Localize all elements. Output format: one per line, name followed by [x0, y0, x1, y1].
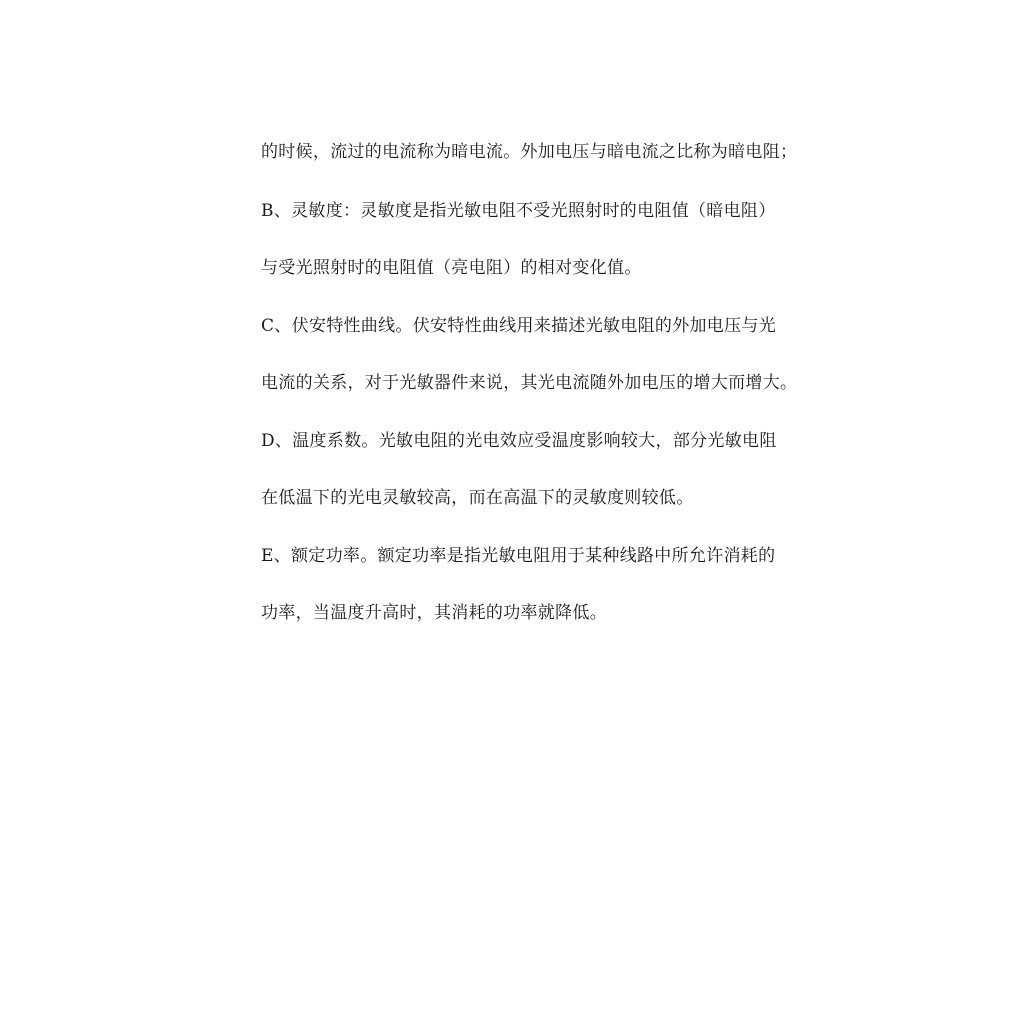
text-line: 功率，当温度升高时，其消耗的功率就降低。	[261, 599, 781, 627]
text-line: 电流的关系，对于光敏器件来说，其光电流随外加电压的增大而增大。	[261, 369, 781, 397]
paragraph-iv-curve: C、伏安特性曲线。伏安特性曲线用来描述光敏电阻的外加电压与光 电流的关系，对于光…	[261, 312, 781, 397]
paragraph-sensitivity: B、灵敏度：灵敏度是指光敏电阻不受光照射时的电阻值（暗电阻） 与受光照射时的电阻…	[261, 197, 781, 282]
text-line: D、温度系数。光敏电阻的光电效应受温度影响较大，部分光敏电阻	[261, 427, 781, 455]
text-line: 与受光照射时的电阻值（亮电阻）的相对变化值。	[261, 254, 781, 282]
text-line: C、伏安特性曲线。伏安特性曲线用来描述光敏电阻的外加电压与光	[261, 312, 781, 340]
paragraph-temperature-coefficient: D、温度系数。光敏电阻的光电效应受温度影响较大，部分光敏电阻 在低温下的光电灵敏…	[261, 427, 781, 512]
text-line: E、额定功率。额定功率是指光敏电阻用于某种线路中所允许消耗的	[261, 542, 781, 570]
text-line: B、灵敏度：灵敏度是指光敏电阻不受光照射时的电阻值（暗电阻）	[261, 197, 781, 225]
paragraph-rated-power: E、额定功率。额定功率是指光敏电阻用于某种线路中所允许消耗的 功率，当温度升高时…	[261, 542, 781, 627]
text-line: 的时候，流过的电流称为暗电流。外加电压与暗电流之比称为暗电阻；	[261, 138, 781, 166]
document-page: 的时候，流过的电流称为暗电流。外加电压与暗电流之比称为暗电阻； B、灵敏度：灵敏…	[261, 138, 781, 657]
paragraph-dark-current: 的时候，流过的电流称为暗电流。外加电压与暗电流之比称为暗电阻；	[261, 138, 781, 166]
text-line: 在低温下的光电灵敏较高，而在高温下的灵敏度则较低。	[261, 484, 781, 512]
